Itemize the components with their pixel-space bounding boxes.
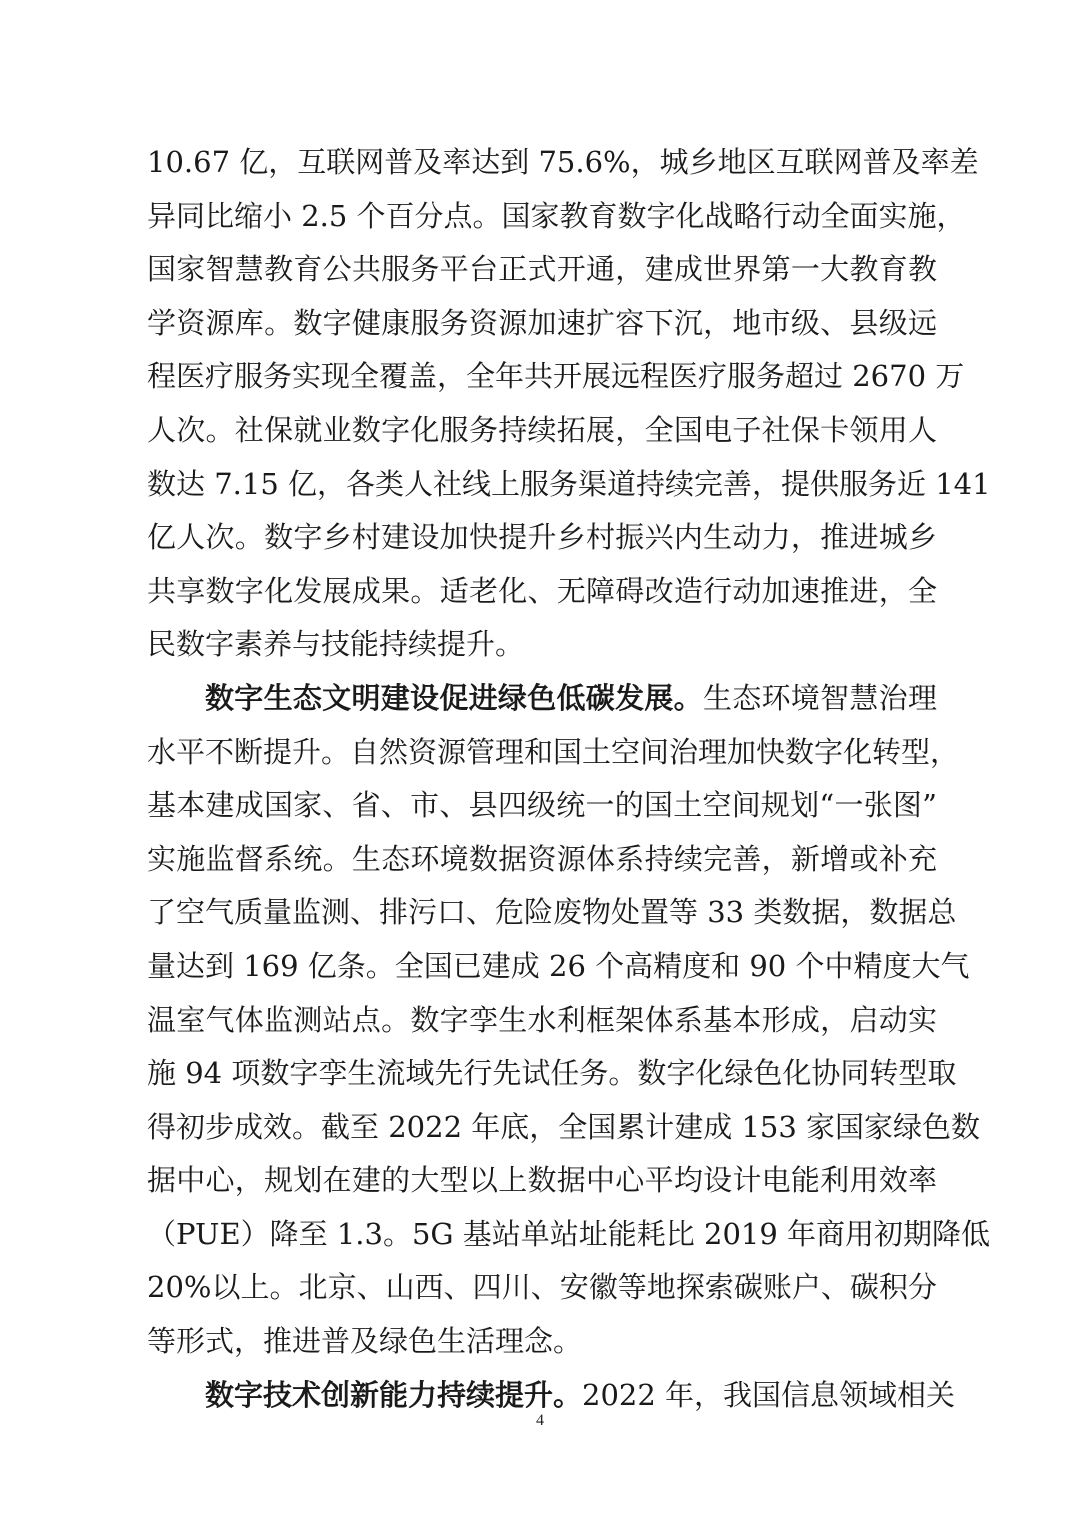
paragraph-heading: 数字技术创新能力持续提升。 bbox=[205, 1378, 582, 1412]
text-line: 程医疗服务实现全覆盖，全年共开展远程医疗服务超过 2670 万 bbox=[147, 350, 937, 404]
text-line: 了空气质量监测、排污口、危险废物处置等 33 类数据，数据总 bbox=[147, 886, 937, 940]
text-line: 温室气体监测站点。数字孪生水利框架体系基本形成，启动实 bbox=[147, 994, 937, 1048]
text-run: 生态环境智慧治理 bbox=[703, 681, 937, 715]
document-body: 10.67 亿，互联网普及率达到 75.6%，城乡地区互联网普及率差 异同比缩小… bbox=[147, 136, 937, 1422]
text-line: 亿人次。数字乡村建设加快提升乡村振兴内生动力，推进城乡 bbox=[147, 511, 937, 565]
text-line: 施 94 项数字孪生流域先行先试任务。数字化绿色化协同转型取 bbox=[147, 1047, 937, 1101]
paragraph-first-line: 数字生态文明建设促进绿色低碳发展。生态环境智慧治理 bbox=[147, 672, 937, 726]
page-number: 4 bbox=[0, 1412, 1080, 1430]
text-line: 等形式，推进普及绿色生活理念。 bbox=[147, 1315, 937, 1369]
text-line: 20%以上。北京、山西、四川、安徽等地探索碳账户、碳积分 bbox=[147, 1261, 937, 1315]
text-line: 量达到 169 亿条。全国已建成 26 个高精度和 90 个中精度大气 bbox=[147, 940, 937, 994]
text-line: 据中心，规划在建的大型以上数据中心平均设计电能利用效率 bbox=[147, 1154, 937, 1208]
text-line: （PUE）降至 1.3。5G 基站单站址能耗比 2019 年商用初期降低 bbox=[147, 1208, 937, 1262]
text-line: 实施监督系统。生态环境数据资源体系持续完善，新增或补充 bbox=[147, 833, 937, 887]
text-run: 2022 年，我国信息领域相关 bbox=[582, 1378, 955, 1412]
document-page: 10.67 亿，互联网普及率达到 75.6%，城乡地区互联网普及率差 异同比缩小… bbox=[0, 0, 1080, 1527]
text-line: 基本建成国家、省、市、县四级统一的国土空间规划“一张图” bbox=[147, 779, 937, 833]
text-line: 共享数字化发展成果。适老化、无障碍改造行动加速推进，全 bbox=[147, 565, 937, 619]
text-line: 人次。社保就业数字化服务持续拓展，全国电子社保卡领用人 bbox=[147, 404, 937, 458]
text-line: 数达 7.15 亿，各类人社线上服务渠道持续完善，提供服务近 141 bbox=[147, 458, 937, 512]
paragraph-heading: 数字生态文明建设促进绿色低碳发展。 bbox=[205, 681, 703, 715]
text-line: 民数字素养与技能持续提升。 bbox=[147, 618, 937, 672]
text-line: 得初步成效。截至 2022 年底，全国累计建成 153 家国家绿色数 bbox=[147, 1101, 937, 1155]
text-line: 水平不断提升。自然资源管理和国土空间治理加快数字化转型， bbox=[147, 726, 937, 780]
text-line: 异同比缩小 2.5 个百分点。国家教育数字化战略行动全面实施， bbox=[147, 190, 937, 244]
text-line: 学资源库。数字健康服务资源加速扩容下沉，地市级、县级远 bbox=[147, 297, 937, 351]
text-line: 10.67 亿，互联网普及率达到 75.6%，城乡地区互联网普及率差 bbox=[147, 136, 937, 190]
text-line: 国家智慧教育公共服务平台正式开通，建成世界第一大教育教 bbox=[147, 243, 937, 297]
